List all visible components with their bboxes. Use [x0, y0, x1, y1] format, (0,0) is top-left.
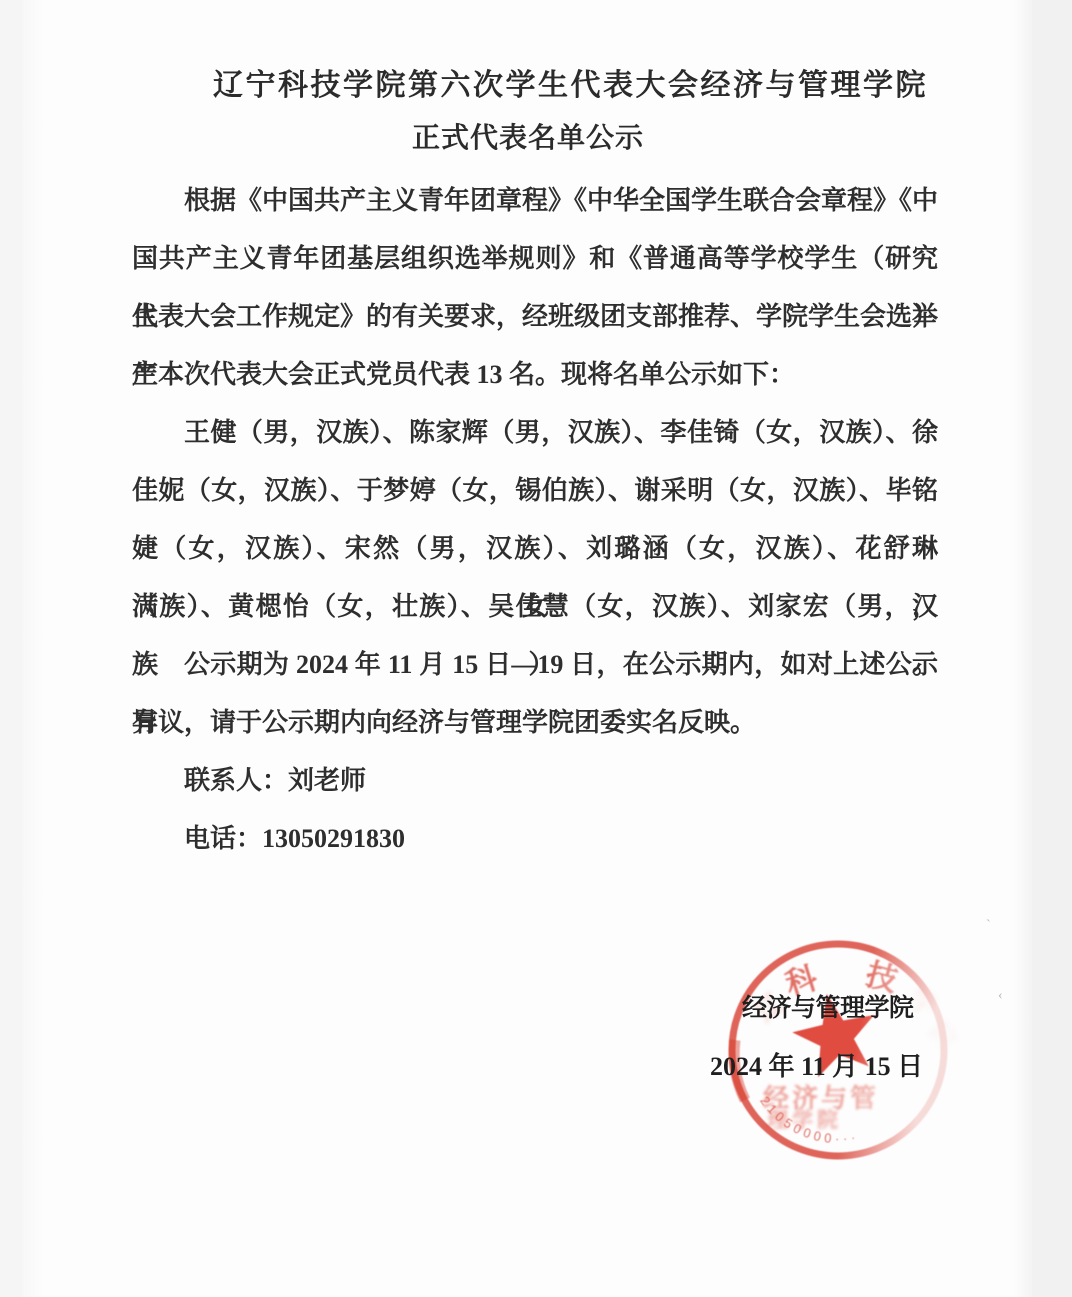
scan-left-margin	[0, 0, 22, 1297]
signature-date: 2024 年 11 月 15 日	[710, 1046, 923, 1083]
body-line-names: 婕（女，汉族）、宋然（男，汉族）、刘璐涵（女，汉族）、花舒琳（女，	[132, 520, 938, 578]
contact-person-line: 联系人：刘老师	[132, 752, 938, 810]
body-line-period: 公示期为 2024 年 11 月 15 日—19 日，在公示期内，如对上述公示有	[132, 636, 938, 694]
document-title-line-2: 正式代表名单公示	[412, 116, 644, 156]
scan-left-shadow	[22, 0, 44, 1297]
body-line: 生本次代表大会正式党员代表 13 名。现将名单公示如下：	[132, 346, 938, 404]
body-line: 国共产主义青年团基层组织选举规则》和《普通高等学校学生（研究生）	[132, 230, 938, 288]
body-line-names: 王健（男，汉族）、陈家辉（男，汉族）、李佳锜（女，汉族）、徐	[132, 404, 938, 462]
body-line: 代表大会工作规定》的有关要求，经班级团支部推荐、学院学生会选举产	[132, 288, 938, 346]
body-line-names: 佳妮（女，汉族）、于梦婷（女，锡伯族）、谢采明（女，汉族）、毕铭	[132, 462, 938, 520]
document-title-line-1: 辽宁科技学院第六次学生代表大会经济与管理学院	[213, 60, 928, 104]
contact-phone-line: 电话：13050291830	[132, 810, 938, 868]
scan-right-shadow	[1014, 0, 1032, 1297]
body-line-period: 异议，请于公示期内向经济与管理学院团委实名反映。	[132, 694, 938, 752]
scan-speck: `	[986, 918, 991, 934]
scan-right-margin	[1032, 0, 1072, 1297]
scan-speck: ‹	[998, 988, 1003, 1004]
scanned-document-page: { "doc": { "title1": "辽宁科技学院第六次学生代表大会经济与…	[0, 0, 1072, 1297]
document-body: 根据《中国共产主义青年团章程》《中华全国学生联合会章程》《中 国共产主义青年团基…	[132, 172, 938, 868]
signature-college-name: 经济与管理学院	[742, 988, 914, 1024]
body-line-names: 满族）、黄楒怡（女，壮族）、吴佳慧（女，汉族）、刘家宏（男，汉族）。	[132, 578, 938, 636]
body-line: 根据《中国共产主义青年团章程》《中华全国学生联合会章程》《中	[132, 172, 938, 230]
